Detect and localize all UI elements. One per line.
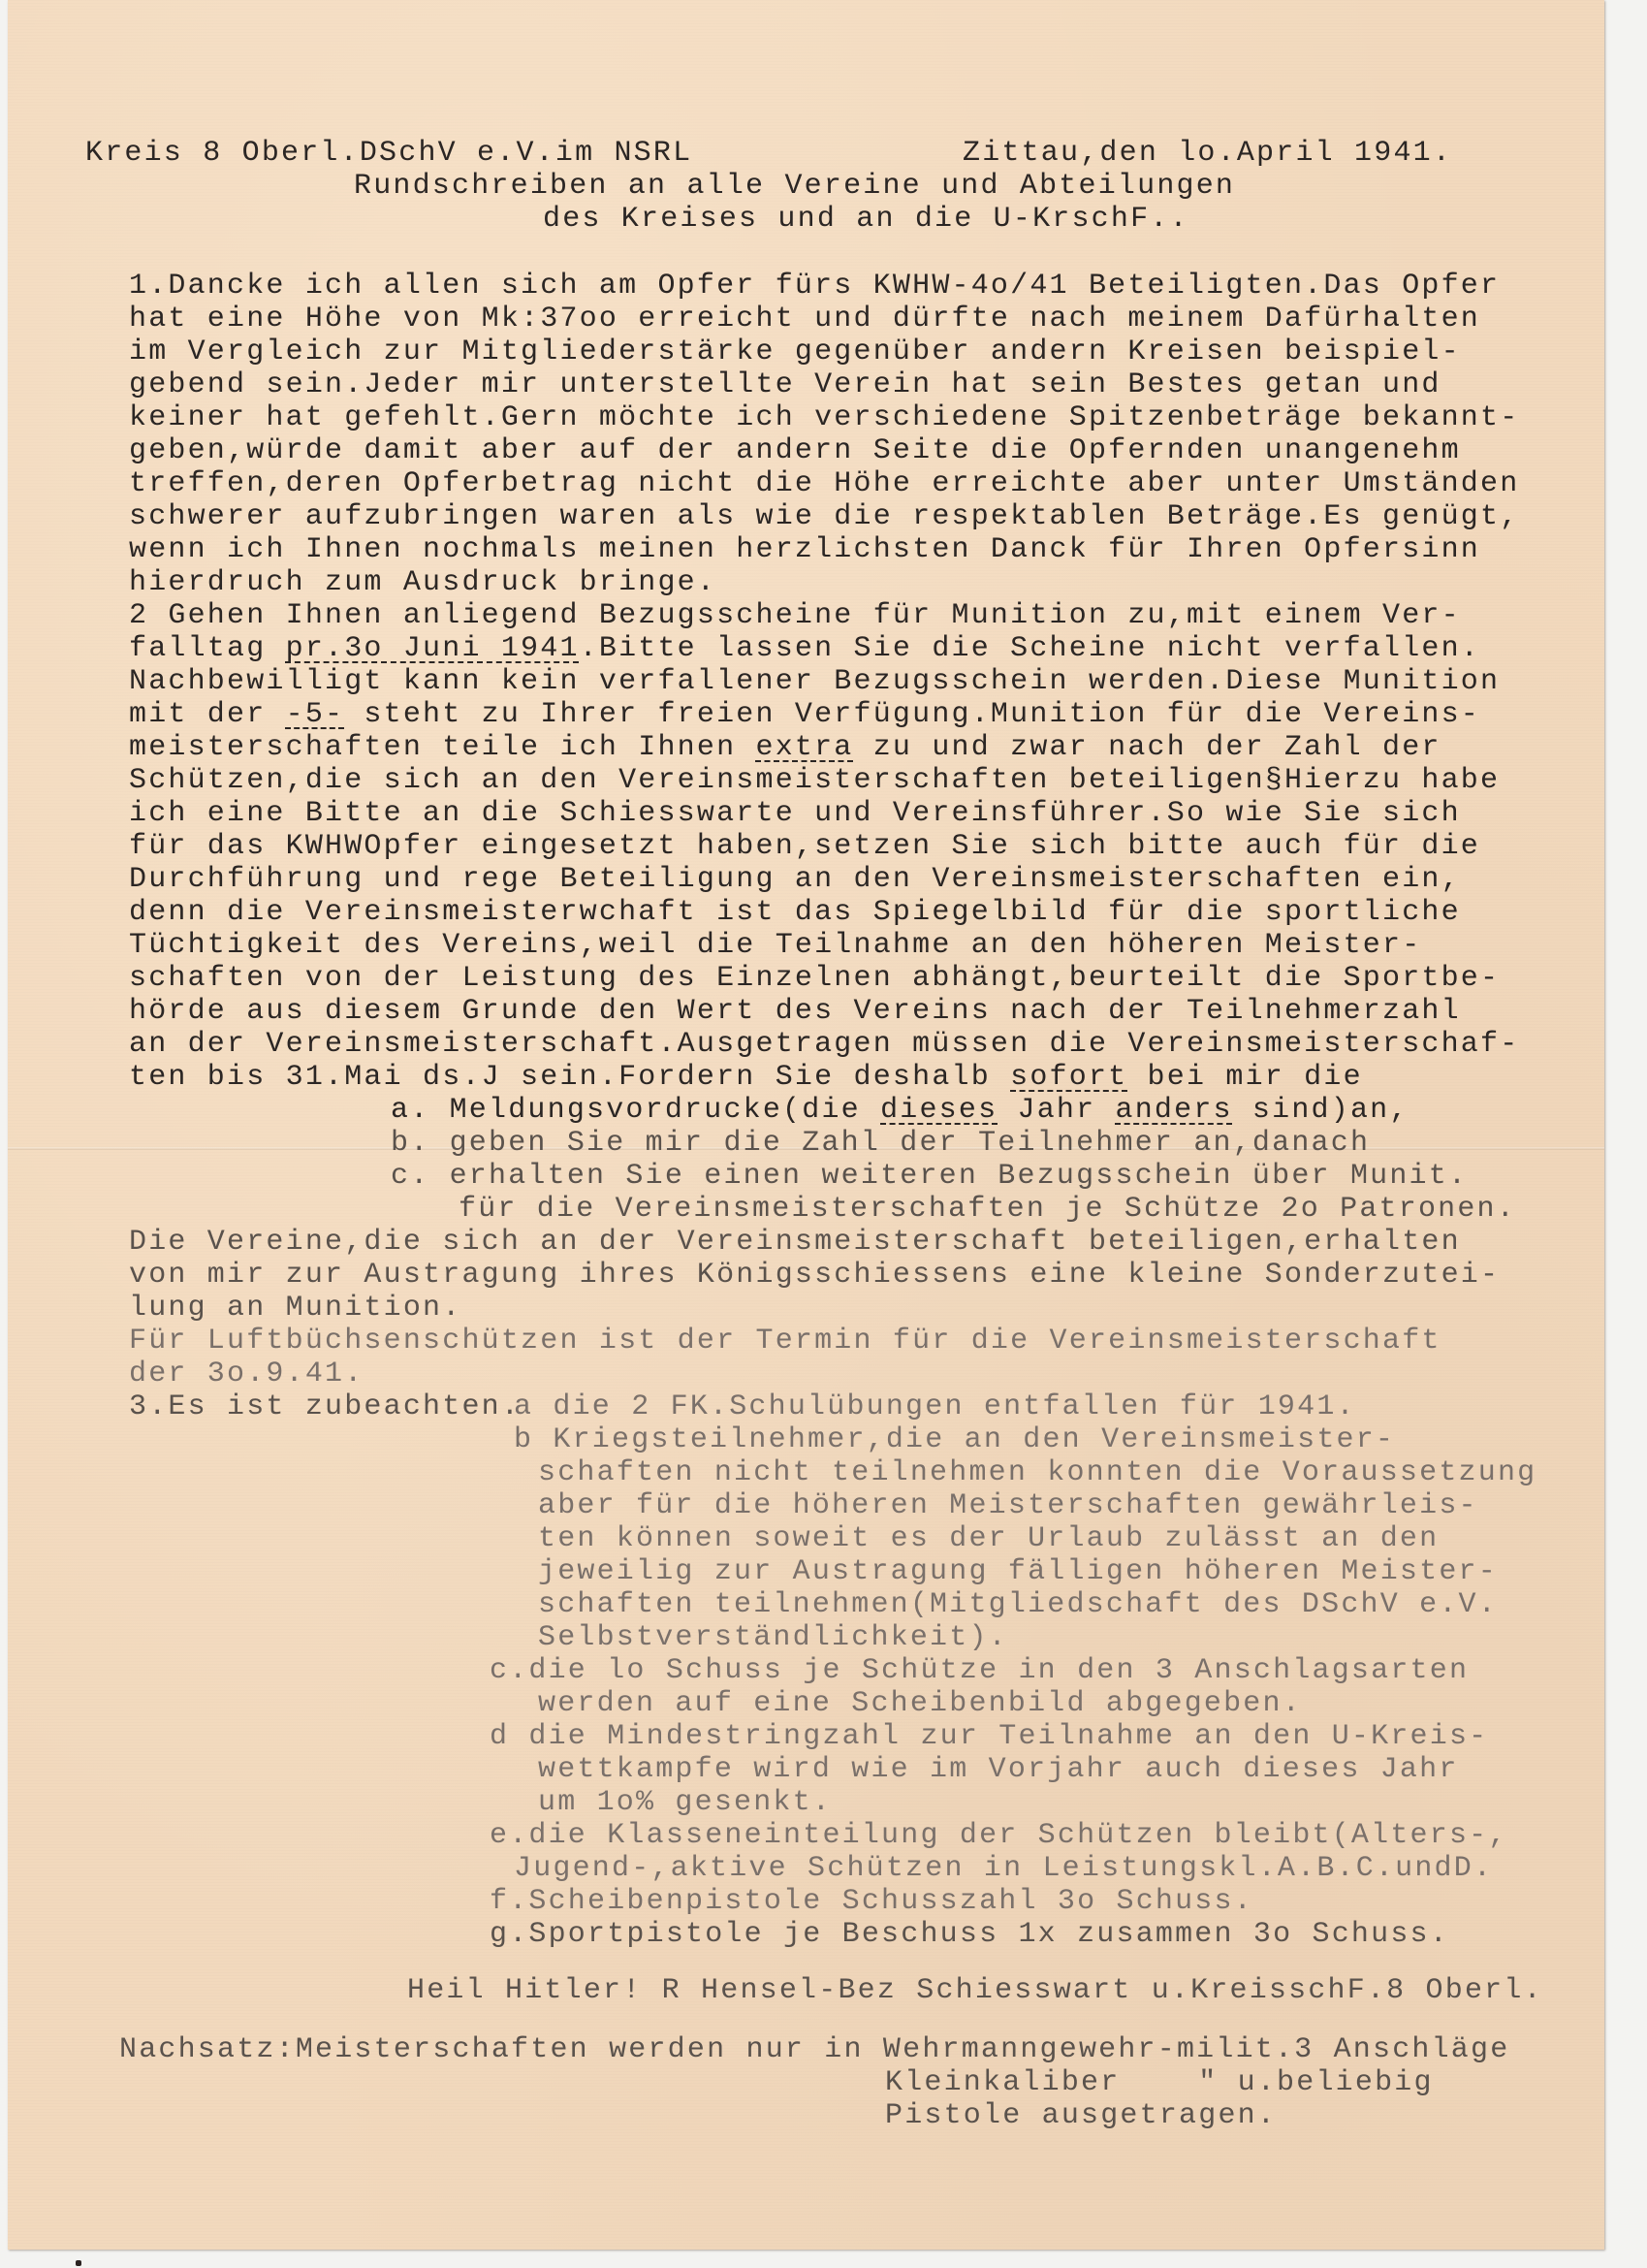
- section3-item-b-line: schaften teilnehmen(Mitgliedschaft des D…: [538, 1588, 1498, 1621]
- list-item-c-continuation: für die Vereinsmeisterschaften je Schütz…: [459, 1193, 1516, 1226]
- section1-line: 1.Dancke ich allen sich am Opfer fürs KW…: [129, 270, 1500, 303]
- sender-line: Kreis 8 Oberl.DSchV e.V.im NSRL: [85, 137, 692, 170]
- section3-item-a: a die 2 FK.Schulübungen entfallen für 19…: [514, 1390, 1356, 1423]
- section2-line: schaften von der Leistung des Einzelnen …: [129, 962, 1500, 995]
- section2-closing-line: lung an Munition.: [129, 1292, 461, 1325]
- underlined-dieses: dieses: [880, 1094, 998, 1127]
- postscript-line-2: Kleinkaliber " u.beliebig: [885, 2066, 1434, 2099]
- section2-line: falltag pr.3o Juni 1941.Bitte lassen Sie…: [129, 632, 1480, 665]
- underlined-sofort: sofort: [1010, 1061, 1127, 1094]
- section2-closing-line: Die Vereine,die sich an der Vereinsmeist…: [129, 1226, 1461, 1259]
- underlined-anders: anders: [1116, 1094, 1233, 1127]
- section1-line: gebend sein.Jeder mir unterstellte Verei…: [129, 368, 1441, 401]
- section3-item-b-line: aber für die höheren Meisterschaften gew…: [538, 1489, 1478, 1522]
- subject-line-2: des Kreises und an die U-KrschF..: [543, 203, 1189, 236]
- section1-line: schwerer aufzubringen waren als wie die …: [129, 500, 1519, 533]
- section1-line: hierdruch zum Ausdruck bringe.: [129, 566, 716, 599]
- section3-item-b-line: ten können soweit es der Urlaub zulässt …: [538, 1522, 1439, 1555]
- section3-item-f: f.Scheibenpistole Schusszahl 3o Schuss.: [490, 1885, 1253, 1918]
- list-item-a: a. Meldungsvordrucke(die dieses Jahr and…: [391, 1094, 1409, 1127]
- postscript-line-1: Nachsatz:Meisterschaften werden nur in W…: [119, 2033, 1509, 2066]
- section3-item-d-line: wettkampfe wird wie im Vorjahr auch dies…: [538, 1753, 1459, 1786]
- postscript-label: Nachsatz:: [119, 2033, 296, 2066]
- section2-line: denn die Vereinsmeisterwchaft ist das Sp…: [129, 896, 1461, 929]
- section2-line: Durchführung und rege Beteiligung an den…: [129, 863, 1461, 896]
- section3-lead: 3.Es ist zubeachten.: [129, 1390, 521, 1423]
- scanned-page: Kreis 8 Oberl.DSchV e.V.im NSRL Zittau,d…: [0, 0, 1647, 2268]
- section1-line: keiner hat gefehlt.Gern möchte ich versc…: [129, 401, 1519, 434]
- section2-line: hörde aus diesem Grunde den Wert des Ver…: [129, 995, 1461, 1028]
- underlined-number: -5-: [286, 698, 345, 731]
- underlined-deadline: pr.3o Juni 1941: [286, 632, 580, 665]
- section2-closing-line: Für Luftbüchsenschützen ist der Termin f…: [129, 1325, 1441, 1358]
- section1-line: im Vergleich zur Mitgliederstärke gegenü…: [129, 335, 1461, 368]
- section3-item-c-line: werden auf eine Scheibenbild abgegeben.: [538, 1687, 1302, 1720]
- underlined-extra: extra: [756, 731, 854, 764]
- section3-item-g: g.Sportpistole je Beschuss 1x zusammen 3…: [490, 1918, 1449, 1951]
- section3-item-b-line: schaften nicht teilnehmen konnten die Vo…: [538, 1456, 1536, 1489]
- section3-item-e-line: Jugend-,aktive Schützen in Leistungskl.A…: [514, 1852, 1493, 1885]
- section3-item-b: b Kriegsteilnehmer,die an den Vereinsmei…: [514, 1423, 1395, 1456]
- signature-line: Heil Hitler! R Hensel-Bez Schiesswart u.…: [407, 1974, 1543, 2007]
- section3-item-d: d die Mindestringzahl zur Teilnahme an d…: [490, 1720, 1488, 1753]
- section2-closing-line: von mir zur Austragung ihres Königsschie…: [129, 1259, 1500, 1292]
- section3-item-d-line: um 1o% gesenkt.: [538, 1786, 832, 1819]
- section2-line: an der Vereinsmeisterschaft.Ausgetragen …: [129, 1028, 1519, 1061]
- section2-line: 2 Gehen Ihnen anliegend Bezugsscheine fü…: [129, 599, 1461, 632]
- section2-line: für das KWHWOpfer eingesetzt haben,setze…: [129, 830, 1480, 863]
- place-date: Zittau,den lo.April 1941.: [963, 137, 1452, 170]
- section1-line: geben,würde damit aber auf der andern Se…: [129, 434, 1461, 467]
- section3-item-b-line: Selbstverständlichkeit).: [538, 1621, 1008, 1654]
- section2-line: Nachbewilligt kann kein verfallener Bezu…: [129, 665, 1500, 698]
- subject-line-1: Rundschreiben an alle Vereine und Abteil…: [354, 170, 1235, 203]
- section3-item-c: c.die lo Schuss je Schütze in den 3 Ansc…: [490, 1654, 1469, 1687]
- list-item-c: c. erhalten Sie einen weiteren Bezugssch…: [391, 1160, 1468, 1193]
- section2-closing-line: der 3o.9.41.: [129, 1358, 364, 1390]
- section2-line: ich eine Bitte an die Schiesswarte und V…: [129, 797, 1461, 830]
- section2-line: ten bis 31.Mai ds.J sein.Fordern Sie des…: [129, 1061, 1363, 1094]
- postscript-line-3: Pistole ausgetragen.: [885, 2099, 1277, 2132]
- section3-item-b-line: jeweilig zur Austragung fälligen höheren…: [538, 1555, 1498, 1588]
- section1-line: hat eine Höhe von Mk:37oo erreicht und d…: [129, 303, 1480, 335]
- scan-speck: [76, 2260, 81, 2266]
- section2-line: Schützen,die sich an den Vereinsmeisters…: [129, 764, 1500, 797]
- section2-line: mit der -5- steht zu Ihrer freien Verfüg…: [129, 698, 1480, 731]
- section2-line: Tüchtigkeit des Vereins,weil die Teilnah…: [129, 929, 1421, 962]
- section3-item-e: e.die Klasseneinteilung der Schützen ble…: [490, 1819, 1508, 1852]
- section1-line: treffen,deren Opferbetrag nicht die Höhe…: [129, 467, 1519, 500]
- section2-line: meisterschaften teile ich Ihnen extra zu…: [129, 731, 1441, 764]
- section1-line: wenn ich Ihnen nochmals meinen herzlichs…: [129, 533, 1480, 566]
- list-item-b: b. geben Sie mir die Zahl der Teilnehmer…: [391, 1127, 1370, 1160]
